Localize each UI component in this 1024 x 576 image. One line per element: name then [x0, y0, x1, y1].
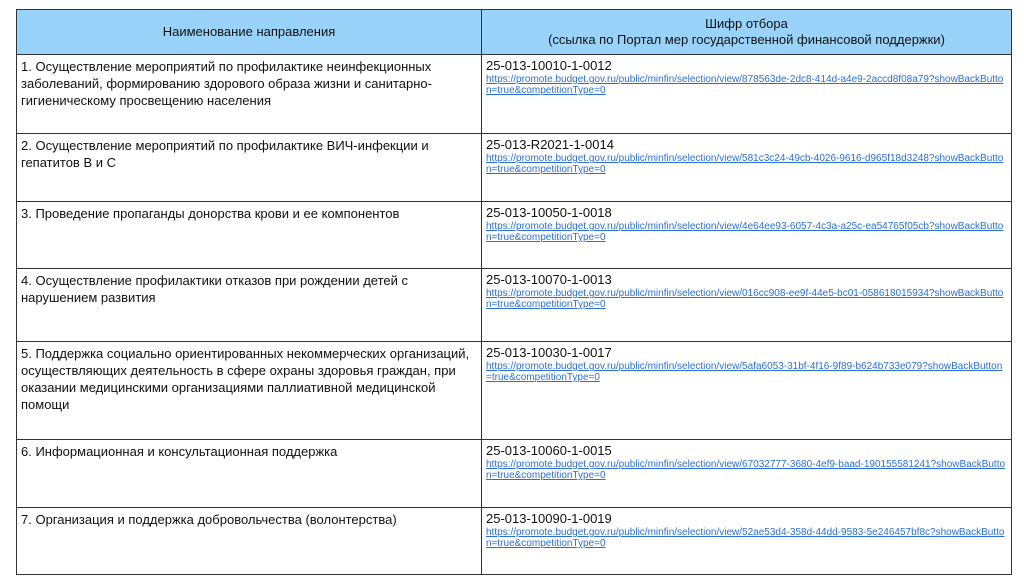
selection-cell: 25-013-10050-1-0018 https://promote.budg…: [482, 202, 1012, 269]
table-row: 2. Осуществление мероприятий по профилак…: [17, 134, 1012, 202]
selection-cell: 25-013-10030-1-0017 https://promote.budg…: [482, 342, 1012, 440]
selection-cell: 25-013-10010-1-0012 https://promote.budg…: [482, 55, 1012, 134]
direction-name: 2. Осуществление мероприятий по профилак…: [17, 134, 482, 202]
column-header-direction: Наименование направления: [17, 10, 482, 55]
direction-name: 3. Проведение пропаганды донорства крови…: [17, 202, 482, 269]
direction-name: 4. Осуществление профилактики отказов пр…: [17, 269, 482, 342]
table-row: 7. Организация и поддержка добровольчест…: [17, 508, 1012, 575]
table-row: 1. Осуществление мероприятий по профилак…: [17, 55, 1012, 134]
selection-table: Наименование направления Шифр отбора (сс…: [16, 9, 1012, 575]
selection-code: 25-013-10090-1-0019: [486, 511, 1007, 527]
selection-cell: 25-013-10090-1-0019 https://promote.budg…: [482, 508, 1012, 575]
selection-code: 25-013-R2021-1-0014: [486, 137, 1007, 153]
table-row: 3. Проведение пропаганды донорства крови…: [17, 202, 1012, 269]
selection-code: 25-013-10060-1-0015: [486, 443, 1007, 459]
column-header-selection-code: Шифр отбора (ссылка по Портал мер госуда…: [482, 10, 1012, 55]
selection-cell: 25-013-10070-1-0013 https://promote.budg…: [482, 269, 1012, 342]
table-row: 4. Осуществление профилактики отказов пр…: [17, 269, 1012, 342]
selection-code: 25-013-10070-1-0013: [486, 272, 1007, 288]
selection-cell: 25-013-10060-1-0015 https://promote.budg…: [482, 440, 1012, 508]
direction-name: 5. Поддержка социально ориентированных н…: [17, 342, 482, 440]
header-title: Шифр отбора: [482, 16, 1011, 32]
selection-code: 25-013-10030-1-0017: [486, 345, 1007, 361]
selection-cell: 25-013-R2021-1-0014 https://promote.budg…: [482, 134, 1012, 202]
selection-link[interactable]: https://promote.budget.gov.ru/public/min…: [486, 288, 1007, 310]
selection-link[interactable]: https://promote.budget.gov.ru/public/min…: [486, 153, 1007, 175]
direction-name: 7. Организация и поддержка добровольчест…: [17, 508, 482, 575]
selection-link[interactable]: https://promote.budget.gov.ru/public/min…: [486, 221, 1007, 243]
table-row: 5. Поддержка социально ориентированных н…: [17, 342, 1012, 440]
direction-name: 1. Осуществление мероприятий по профилак…: [17, 55, 482, 134]
selection-link[interactable]: https://promote.budget.gov.ru/public/min…: [486, 74, 1007, 96]
table-header-row: Наименование направления Шифр отбора (сс…: [17, 10, 1012, 55]
selection-code: 25-013-10010-1-0012: [486, 58, 1007, 74]
selection-code: 25-013-10050-1-0018: [486, 205, 1007, 221]
table-row: 6. Информационная и консультационная под…: [17, 440, 1012, 508]
direction-name: 6. Информационная и консультационная под…: [17, 440, 482, 508]
selection-link[interactable]: https://promote.budget.gov.ru/public/min…: [486, 527, 1007, 549]
selection-link[interactable]: https://promote.budget.gov.ru/public/min…: [486, 361, 1007, 383]
selection-link[interactable]: https://promote.budget.gov.ru/public/min…: [486, 459, 1007, 481]
header-subtitle: (ссылка по Портал мер государственной фи…: [482, 32, 1011, 48]
